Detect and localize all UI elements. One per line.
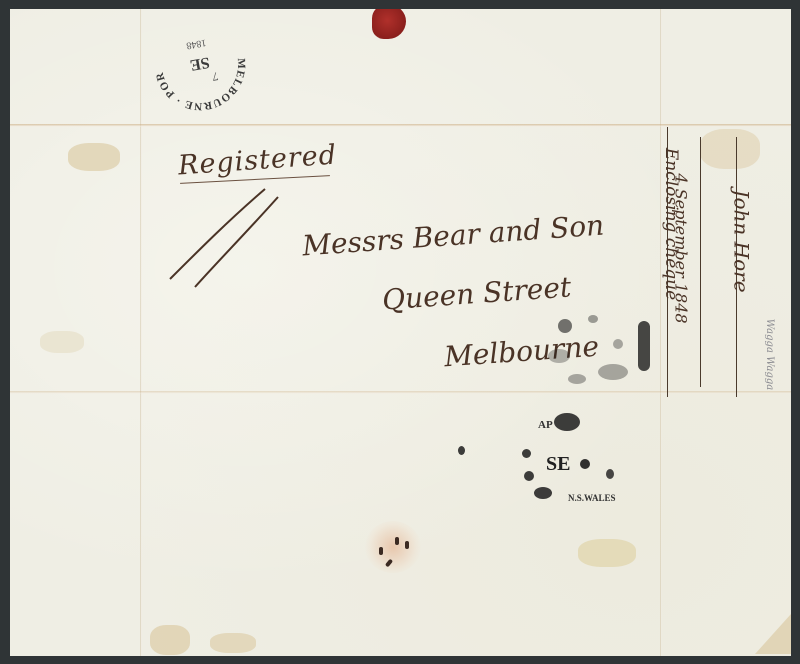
postmark-nsw-month: SE <box>546 453 570 476</box>
docket-name: John Hore <box>730 189 754 292</box>
stain-bottom-mid <box>210 633 256 653</box>
stain-left <box>68 143 120 171</box>
stain-right-bottom <box>578 539 636 567</box>
fold-line-right <box>660 9 662 656</box>
stain-docket <box>700 129 760 169</box>
letter-sheet: MELBOURNE · PORT PHILLIP SE 1848 7 Regis… <box>10 9 791 656</box>
postmark-year: 1848 <box>185 37 207 51</box>
postmark-nsw-top: AP <box>538 419 553 431</box>
wax-seal <box>372 9 406 39</box>
postmark-day: 7 <box>211 69 219 84</box>
smudged-postmark <box>538 309 658 394</box>
postmark-port-phillip: MELBOURNE · PORT PHILLIP SE 1848 7 <box>142 9 258 123</box>
docket-rule-2 <box>700 137 701 387</box>
docket-date: 4 September 1848 <box>672 173 691 323</box>
seal-remnant <box>365 521 421 573</box>
fold-line-top <box>10 124 791 127</box>
postmark-month: SE <box>189 53 211 73</box>
postmark-nsw-outer: N.S.WALES <box>568 493 616 503</box>
postmark-nsw: SE AP N.S.WALES <box>510 407 622 507</box>
address-line-1: Messrs Bear and Son <box>301 208 605 262</box>
docket-pencil-note: Wagga Wagga <box>764 319 775 390</box>
stain-corner <box>755 614 791 654</box>
stain-left-mid <box>40 331 84 353</box>
stain-bottom-left <box>150 625 190 655</box>
ink-spot <box>458 446 465 455</box>
fold-line-left <box>140 9 142 656</box>
fold-line-bottom <box>10 391 791 394</box>
rate-marking <box>160 179 290 299</box>
